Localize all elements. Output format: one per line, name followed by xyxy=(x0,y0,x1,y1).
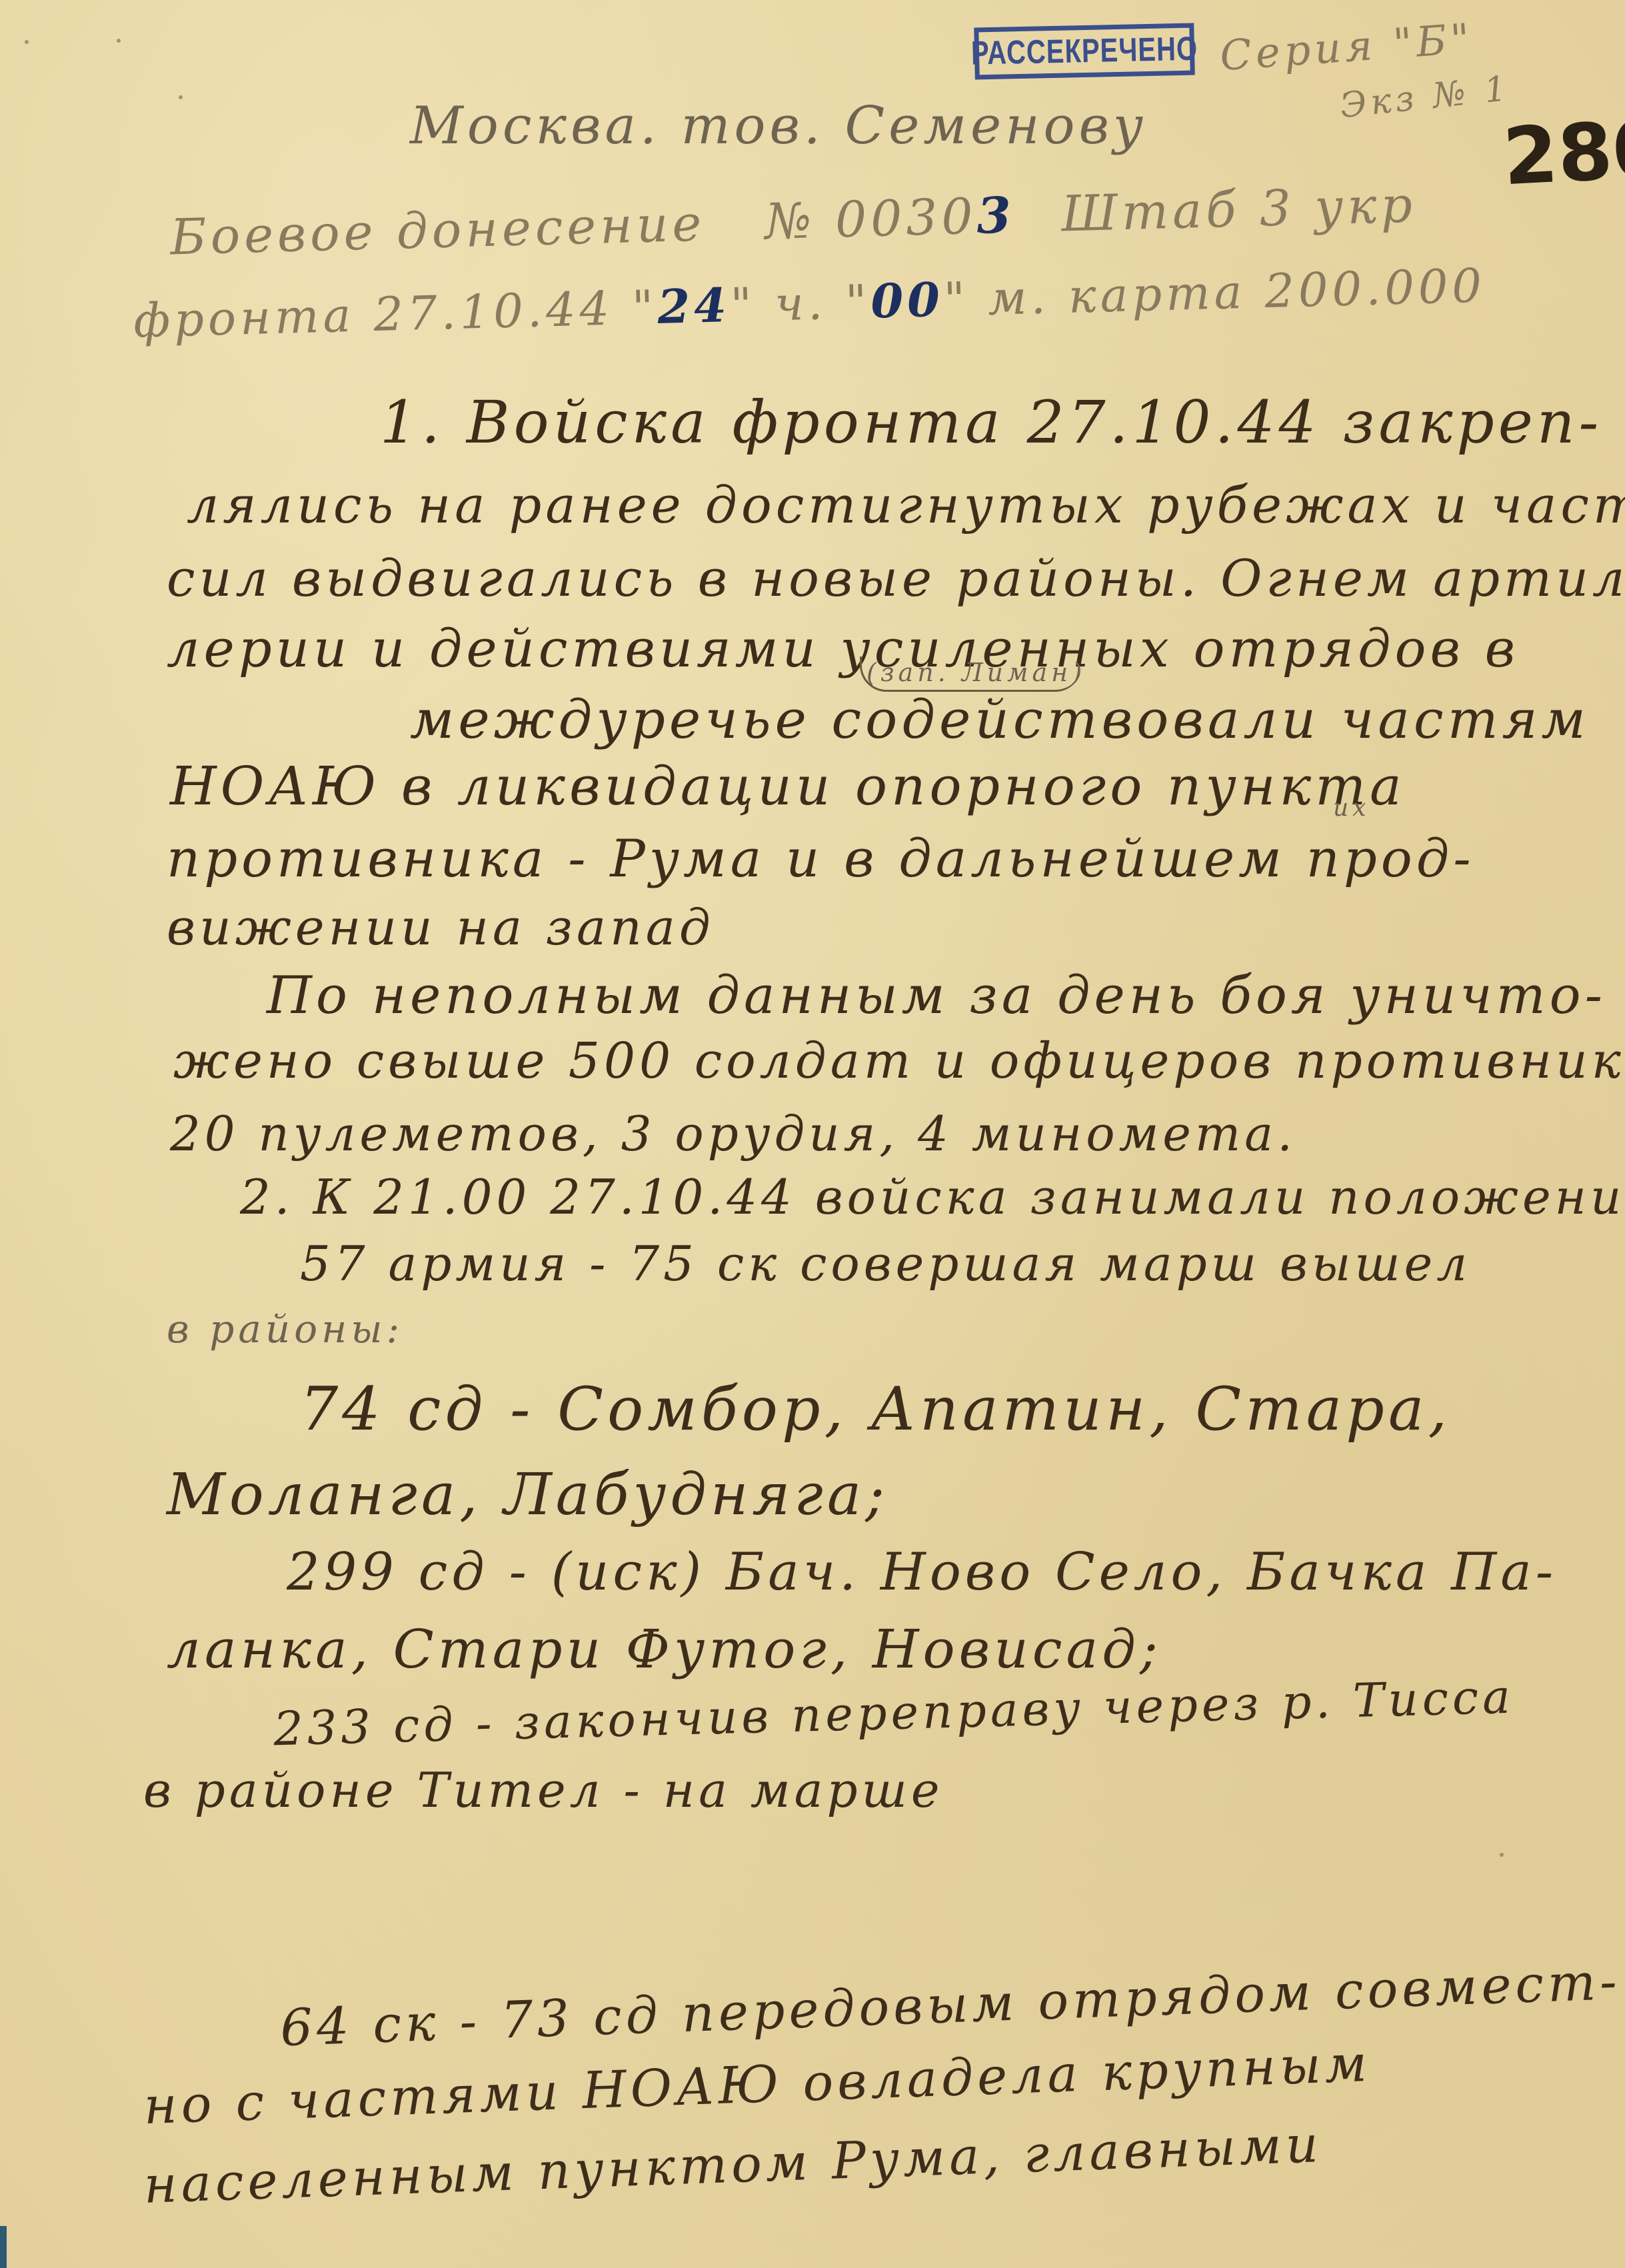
paper-speck xyxy=(1500,1853,1504,1857)
body-line: в районе Тител - на марше xyxy=(143,1766,943,1814)
body-line: 74 сд - Сомбор, Апатин, Стара, xyxy=(300,1380,1451,1440)
body-line: в районы: xyxy=(167,1310,403,1348)
body-line: 20 пулеметов, 3 орудия, 4 миномета. xyxy=(170,1110,1296,1158)
paper-speck xyxy=(25,40,29,44)
paper-speck xyxy=(117,39,121,43)
addressee: Москва. тов. Семенову xyxy=(410,100,1147,152)
stamp-text: РАССЕКРЕЧЕНО xyxy=(970,30,1198,72)
body-line: сил выдвигались в новые районы. Огнем ар… xyxy=(167,553,1625,604)
report-number-correction: 3 xyxy=(976,187,1016,245)
headquarters: Штаб 3 укр xyxy=(1060,177,1417,243)
body-line: ланка, Стари Футог, Новисад; xyxy=(167,1623,1162,1676)
body-line: По неполным данным за день боя уничто- xyxy=(267,970,1606,1022)
body-line: лялись на ранее достигнутых рубежах и ча… xyxy=(187,480,1625,531)
report-hour: 24 xyxy=(657,277,731,335)
report-minute: 00 xyxy=(870,272,944,329)
header-line-2: фронта 27.10.44 "24" ч. "00" м. карта 20… xyxy=(133,262,1486,344)
front-date: фронта 27.10.44 " xyxy=(133,280,658,349)
body-line: 1. Войска фронта 27.10.44 закреп- xyxy=(380,393,1602,452)
body-line: населенным пунктом Рума, главными xyxy=(143,2119,1323,2211)
report-title: Боевое донесение xyxy=(169,195,706,266)
body-line: 2. К 21.00 27.10.44 войска занимали поло… xyxy=(240,1173,1625,1221)
map-scale: " м. карта 200.000 xyxy=(943,258,1486,327)
header-line-1: Боевое донесение № 00303 Штаб 3 укр xyxy=(169,181,1416,263)
inserted-word: их xyxy=(1333,796,1370,820)
annotation-bracket xyxy=(860,656,1082,692)
body-line: 233 сд - закончив переправу через р. Тис… xyxy=(273,1674,1514,1753)
hour-label: " ч. " xyxy=(730,275,872,333)
copy-note: Экз № 1 xyxy=(1338,71,1512,124)
declassified-stamp: РАССЕКРЕЧЕНО xyxy=(974,23,1195,80)
body-line: 64 ск - 73 сд передовым отрядом совмест- xyxy=(279,1956,1622,2053)
report-number: № 0030 xyxy=(765,188,978,251)
series-note: Серия "Б" xyxy=(1218,18,1475,77)
body-line: противника - Рума и в дальнейшем прод- xyxy=(167,833,1475,885)
body-line: лерии и действиями усиленных отрядов в xyxy=(167,623,1519,675)
body-line: вижении на запад xyxy=(167,903,715,952)
torn-edge xyxy=(0,2226,7,2268)
paper-speck xyxy=(179,95,183,99)
body-line: 57 армия - 75 ск совершая марш вышел xyxy=(300,1240,1471,1288)
body-line: жено свыше 500 солдат и офицеров противн… xyxy=(173,1036,1625,1086)
document-page: РАССЕКРЕЧЕНО Серия "Б" Экз № 1 280 Москв… xyxy=(0,0,1625,2268)
body-line: НОАЮ в ликвидации опорного пункта xyxy=(170,760,1406,813)
folio-number: 280 xyxy=(1501,103,1625,203)
body-line: междуречье содействовали частям xyxy=(410,693,1590,746)
body-line: Моланга, Лабудняга; xyxy=(167,1466,888,1524)
body-line: 299 сд - (иск) Бач. Ново Село, Бачка Па- xyxy=(287,1546,1557,1598)
